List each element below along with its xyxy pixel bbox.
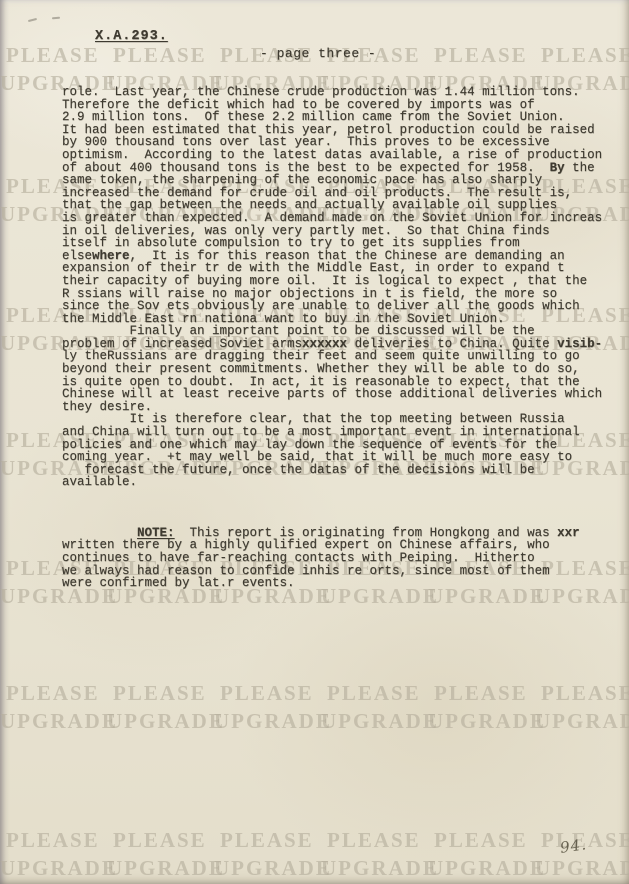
watermark-word-upgrade: UPGRADE <box>0 709 118 734</box>
document-line: forecast the future, once the datas of t… <box>62 464 602 477</box>
watermark-word-please: PLEASE <box>6 828 100 853</box>
watermark-word-upgrade: UPGRADE <box>107 856 225 881</box>
watermark-word-please: PLEASE <box>113 43 207 68</box>
document-line <box>62 489 602 502</box>
document-line <box>62 502 602 515</box>
document-line: were confirmed by lat.r events. <box>62 577 602 590</box>
watermark-word-please: PLEASE <box>113 681 207 706</box>
watermark-word-upgrade: UPGRADE <box>214 709 332 734</box>
watermark-word-please: PLEASE <box>6 681 100 706</box>
watermark-word-please: PLEASE <box>220 681 314 706</box>
watermark-word-upgrade: UPGRADE <box>0 856 118 881</box>
watermark-word-upgrade: UPGRADE <box>321 709 439 734</box>
watermark-word-please: PLEASE <box>541 681 629 706</box>
document-body: role. Last year, the Chinese crude produ… <box>62 86 602 590</box>
watermark-word-please: PLEASE <box>6 43 100 68</box>
watermark-word-please: PLEASE <box>541 43 629 68</box>
watermark-word-please: PLEASE <box>434 681 528 706</box>
watermark-word-upgrade: UPGRADE <box>535 709 629 734</box>
watermark-word-please: PLEASE <box>113 828 207 853</box>
document-line: available. <box>62 476 602 489</box>
pencil-mark <box>52 17 60 20</box>
page-title: - page three - <box>260 46 376 61</box>
watermark-word-upgrade: UPGRADE <box>214 856 332 881</box>
watermark-word-upgrade: UPGRADE <box>321 856 439 881</box>
watermark-word-upgrade: UPGRADE <box>535 856 629 881</box>
pencil-mark <box>28 18 37 22</box>
watermark-word-please: PLEASE <box>327 828 421 853</box>
watermark-word-upgrade: UPGRADE <box>428 709 546 734</box>
watermark-word-please: PLEASE <box>327 681 421 706</box>
watermark-word-upgrade: UPGRADE <box>107 709 225 734</box>
document-reference: X.A.293. <box>95 29 168 44</box>
watermark-word-please: PLEASE <box>434 828 528 853</box>
watermark-word-please: PLEASE <box>434 43 528 68</box>
scanned-document-page: PLEASEUPGRADEPLEASEUPGRADEPLEASEUPGRADEP… <box>0 0 629 884</box>
watermark-word-please: PLEASE <box>220 828 314 853</box>
watermark-word-upgrade: UPGRADE <box>428 856 546 881</box>
handwritten-page-number: 94. <box>559 835 588 857</box>
